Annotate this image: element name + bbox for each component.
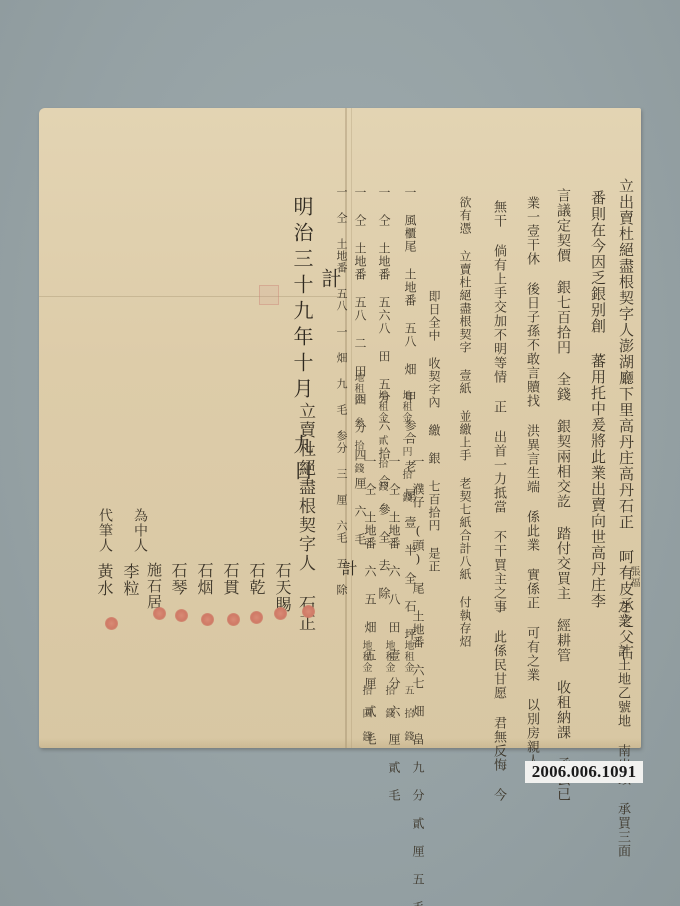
faint-seal [259, 285, 279, 305]
signatory-li-li: 李粒 [122, 563, 138, 597]
signatory-shi-shiju: 施石居 [146, 562, 161, 610]
red-seal [153, 607, 166, 620]
text-column-2: 番則在今因乏銀别創 蕃用托中爰將此業出賣向世高丹庄李 [590, 190, 605, 609]
red-seal [227, 613, 240, 626]
accession-number-label: 2006.006.1091 [525, 761, 643, 783]
parcel-item-5: 一 濮仔 (頭) 尾 土地番 六七 畑 畠 九 分 貳 厘 五 毛 [412, 455, 424, 906]
parcel-item-7-tax: 地租金 拾 四 錢 [360, 640, 370, 742]
scribe-label: 代筆人 [98, 508, 112, 553]
text-column-1-note: 張福 [628, 566, 638, 588]
text-column-7: 即日全中 收契字內 繳 銀 七百拾円 是正 [428, 290, 440, 573]
text-column-6: 欲有憑 立賣杜絕盡根契字 壹紙 並繳上手 老契七紙合計八紙 付執存炤 [459, 196, 471, 648]
parcel-item-1-tax: 地租金 一円 拾 錢 [400, 390, 410, 503]
text-column-3: 言議定契價 銀七百拾円 全錢 銀契兩相交訖 踏付交買主 經耕管 收租納課 承去已 [556, 188, 570, 802]
red-seal [201, 613, 214, 626]
signatory-huang-shui: 黃水 [96, 563, 112, 597]
signatory-shi-qian: 石乾 [248, 562, 264, 596]
text-column-1: 立出賣杜絕盡根契字人澎湖廳下里高丹庄高丹石正 呵有皮承之父石 [618, 178, 633, 661]
torn-edge [39, 738, 641, 748]
signatory-shi-guan: 石貫 [222, 562, 238, 596]
parcel-item-6: 一 仝 土地番 六 八 田 壹 分 六 厘 貳 毛 [388, 455, 400, 802]
text-column-4: 業一壹干休 後日子孫不敢言贖找 洪異言生端 係此業 實係正 可有之業 以別房親人… [525, 196, 538, 782]
text-column-5: 無干 倘有上手交加不明等情 正 出首一力抵當 不干買主之事 此係民甘愿 君無反悔… [492, 200, 505, 802]
text-column-1b: 之業 計土地乙號地 南出頭 承買三面 [616, 600, 629, 858]
seller-line: 立賣杜絕盡根契字人 石正 [296, 402, 313, 633]
red-seal [302, 605, 315, 618]
total-mark: 計 [320, 268, 340, 289]
middleman-label: 為中人 [133, 508, 147, 553]
parcel-item-6-tax: 地租金 拾 錢 [383, 640, 393, 719]
signatory-shi-tianci: 石天賜 [274, 562, 290, 613]
red-seal [274, 607, 287, 620]
parcel-item-3-tax: 地租金 參 拾 錢 [352, 372, 362, 474]
parcel-item-2-tax: 地租金 貳 拾 錢 [376, 390, 386, 492]
signatory-shi-yan: 石烟 [196, 562, 212, 596]
total-mark: 計 [340, 560, 356, 577]
red-seal [105, 617, 118, 630]
signatory-shi-qin: 石琴 [170, 562, 186, 596]
parcel-item-5-tax: 地租金 五 拾 錢 [402, 640, 412, 742]
parcel-item-4: 一 仝 土地番 五八 一 畑 九 毛 参分 三 厘 六毛 五 除 [336, 186, 347, 596]
red-seal [175, 609, 188, 622]
red-seal [250, 611, 263, 624]
